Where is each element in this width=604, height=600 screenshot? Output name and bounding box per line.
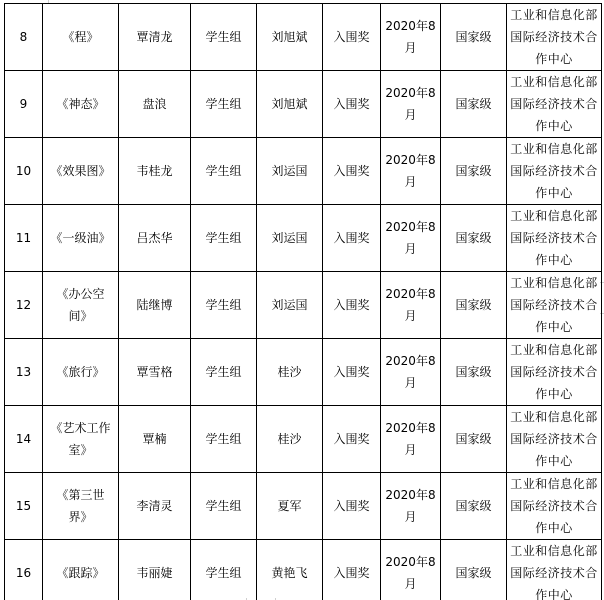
cell-title: 《效果图》: [43, 138, 119, 205]
cell-organization: 工业和信息化部国际经济技术合作中心: [507, 138, 602, 205]
cell-date: 2020年8月: [381, 4, 441, 71]
cell-teacher: 桂沙: [257, 406, 323, 473]
cell-group: 学生组: [191, 138, 257, 205]
cell-date: 2020年8月: [381, 138, 441, 205]
cell-award: 入围奖: [323, 406, 381, 473]
cell-award: 入围奖: [323, 205, 381, 272]
cell-organization: 工业和信息化部国际经济技术合作中心: [507, 339, 602, 406]
cell-level: 国家级: [441, 473, 507, 540]
cell-title: 《神态》: [43, 71, 119, 138]
cell-date: 2020年8月: [381, 205, 441, 272]
cell-award: 入围奖: [323, 71, 381, 138]
work-title: 《办公空间》: [50, 283, 112, 327]
cell-number: 16: [5, 540, 43, 600]
cell-award: 入围奖: [323, 4, 381, 71]
cell-title: 《旅行》: [43, 339, 119, 406]
cell-organization: 工业和信息化部国际经济技术合作中心: [507, 406, 602, 473]
cell-teacher: 刘运国: [257, 138, 323, 205]
cell-student: 吕杰华: [119, 205, 191, 272]
cell-organization: 工业和信息化部国际经济技术合作中心: [507, 473, 602, 540]
cell-number: 15: [5, 473, 43, 540]
cell-organization: 工业和信息化部国际经济技术合作中心: [507, 4, 602, 71]
cell-group: 学生组: [191, 272, 257, 339]
cell-title: 《程》: [43, 4, 119, 71]
cell-organization: 工业和信息化部国际经济技术合作中心: [507, 71, 602, 138]
cell-student: 盘浪: [119, 71, 191, 138]
cell-student: 韦丽婕: [119, 540, 191, 600]
cell-date: 2020年8月: [381, 272, 441, 339]
cell-number: 13: [5, 339, 43, 406]
cell-number: 10: [5, 138, 43, 205]
cell-level: 国家级: [441, 138, 507, 205]
cell-teacher: 夏军: [257, 473, 323, 540]
cell-award: 入围奖: [323, 272, 381, 339]
cell-number: 9: [5, 71, 43, 138]
cell-organization: 工业和信息化部国际经济技术合作中心: [507, 272, 602, 339]
table-body: 8 《程》 覃清龙 学生组 刘旭斌 入围奖 2020年8月 国家级 工业和信息化…: [5, 4, 602, 600]
cell-group: 学生组: [191, 205, 257, 272]
cell-title: 《第三世界》: [43, 473, 119, 540]
cell-teacher: 黄艳飞: [257, 540, 323, 600]
cell-title: 《办公空间》: [43, 272, 119, 339]
cell-teacher: 刘运国: [257, 272, 323, 339]
table-row: 13 《旅行》 覃雪格 学生组 桂沙 入围奖 2020年8月 国家级 工业和信息…: [5, 339, 602, 406]
work-title: 《跟踪》: [56, 562, 104, 584]
cell-student: 覃楠: [119, 406, 191, 473]
cell-title: 《一级油》: [43, 205, 119, 272]
cell-award: 入围奖: [323, 473, 381, 540]
cell-teacher: 刘运国: [257, 205, 323, 272]
table-row: 16 《跟踪》 韦丽婕 学生组 黄艳飞 入围奖 2020年8月 国家级 工业和信…: [5, 540, 602, 600]
work-title: 《第三世界》: [50, 484, 112, 528]
table-row: 11 《一级油》 吕杰华 学生组 刘运国 入围奖 2020年8月 国家级 工业和…: [5, 205, 602, 272]
work-title: 《程》: [62, 26, 98, 48]
cell-date: 2020年8月: [381, 540, 441, 600]
cell-date: 2020年8月: [381, 406, 441, 473]
cell-group: 学生组: [191, 71, 257, 138]
cell-number: 11: [5, 205, 43, 272]
cell-level: 国家级: [441, 540, 507, 600]
cell-level: 国家级: [441, 272, 507, 339]
table-row: 12 《办公空间》 陆继博 学生组 刘运国 入围奖 2020年8月 国家级 工业…: [5, 272, 602, 339]
cell-award: 入围奖: [323, 138, 381, 205]
cell-level: 国家级: [441, 71, 507, 138]
work-title: 《效果图》: [50, 160, 110, 182]
cell-group: 学生组: [191, 473, 257, 540]
cell-group: 学生组: [191, 4, 257, 71]
cell-date: 2020年8月: [381, 71, 441, 138]
cell-number: 14: [5, 406, 43, 473]
cell-date: 2020年8月: [381, 339, 441, 406]
cell-level: 国家级: [441, 406, 507, 473]
work-title: 《艺术工作室》: [50, 417, 112, 461]
work-title: 《旅行》: [56, 361, 104, 383]
cell-group: 学生组: [191, 540, 257, 600]
cell-number: 12: [5, 272, 43, 339]
cell-organization: 工业和信息化部国际经济技术合作中心: [507, 205, 602, 272]
cell-level: 国家级: [441, 205, 507, 272]
table-row: 8 《程》 覃清龙 学生组 刘旭斌 入围奖 2020年8月 国家级 工业和信息化…: [5, 4, 602, 71]
table-row: 15 《第三世界》 李清灵 学生组 夏军 入围奖 2020年8月 国家级 工业和…: [5, 473, 602, 540]
work-title: 《一级油》: [50, 227, 110, 249]
cell-date: 2020年8月: [381, 473, 441, 540]
cell-award: 入围奖: [323, 339, 381, 406]
cell-student: 韦桂龙: [119, 138, 191, 205]
cell-number: 8: [5, 4, 43, 71]
cell-student: 覃清龙: [119, 4, 191, 71]
cell-group: 学生组: [191, 406, 257, 473]
cell-student: 李清灵: [119, 473, 191, 540]
cell-level: 国家级: [441, 339, 507, 406]
work-title: 《神态》: [56, 93, 104, 115]
cell-organization: 工业和信息化部国际经济技术合作中心: [507, 540, 602, 600]
cell-title: 《跟踪》: [43, 540, 119, 600]
awards-table: 8 《程》 覃清龙 学生组 刘旭斌 入围奖 2020年8月 国家级 工业和信息化…: [4, 3, 602, 600]
table-row: 14 《艺术工作室》 覃楠 学生组 桂沙 入围奖 2020年8月 国家级 工业和…: [5, 406, 602, 473]
table-row: 9 《神态》 盘浪 学生组 刘旭斌 入围奖 2020年8月 国家级 工业和信息化…: [5, 71, 602, 138]
cell-teacher: 刘旭斌: [257, 71, 323, 138]
cell-teacher: 刘旭斌: [257, 4, 323, 71]
cell-student: 陆继博: [119, 272, 191, 339]
cell-teacher: 桂沙: [257, 339, 323, 406]
cell-level: 国家级: [441, 4, 507, 71]
cell-group: 学生组: [191, 339, 257, 406]
cell-title: 《艺术工作室》: [43, 406, 119, 473]
cell-student: 覃雪格: [119, 339, 191, 406]
cell-award: 入围奖: [323, 540, 381, 600]
table-row: 10 《效果图》 韦桂龙 学生组 刘运国 入围奖 2020年8月 国家级 工业和…: [5, 138, 602, 205]
